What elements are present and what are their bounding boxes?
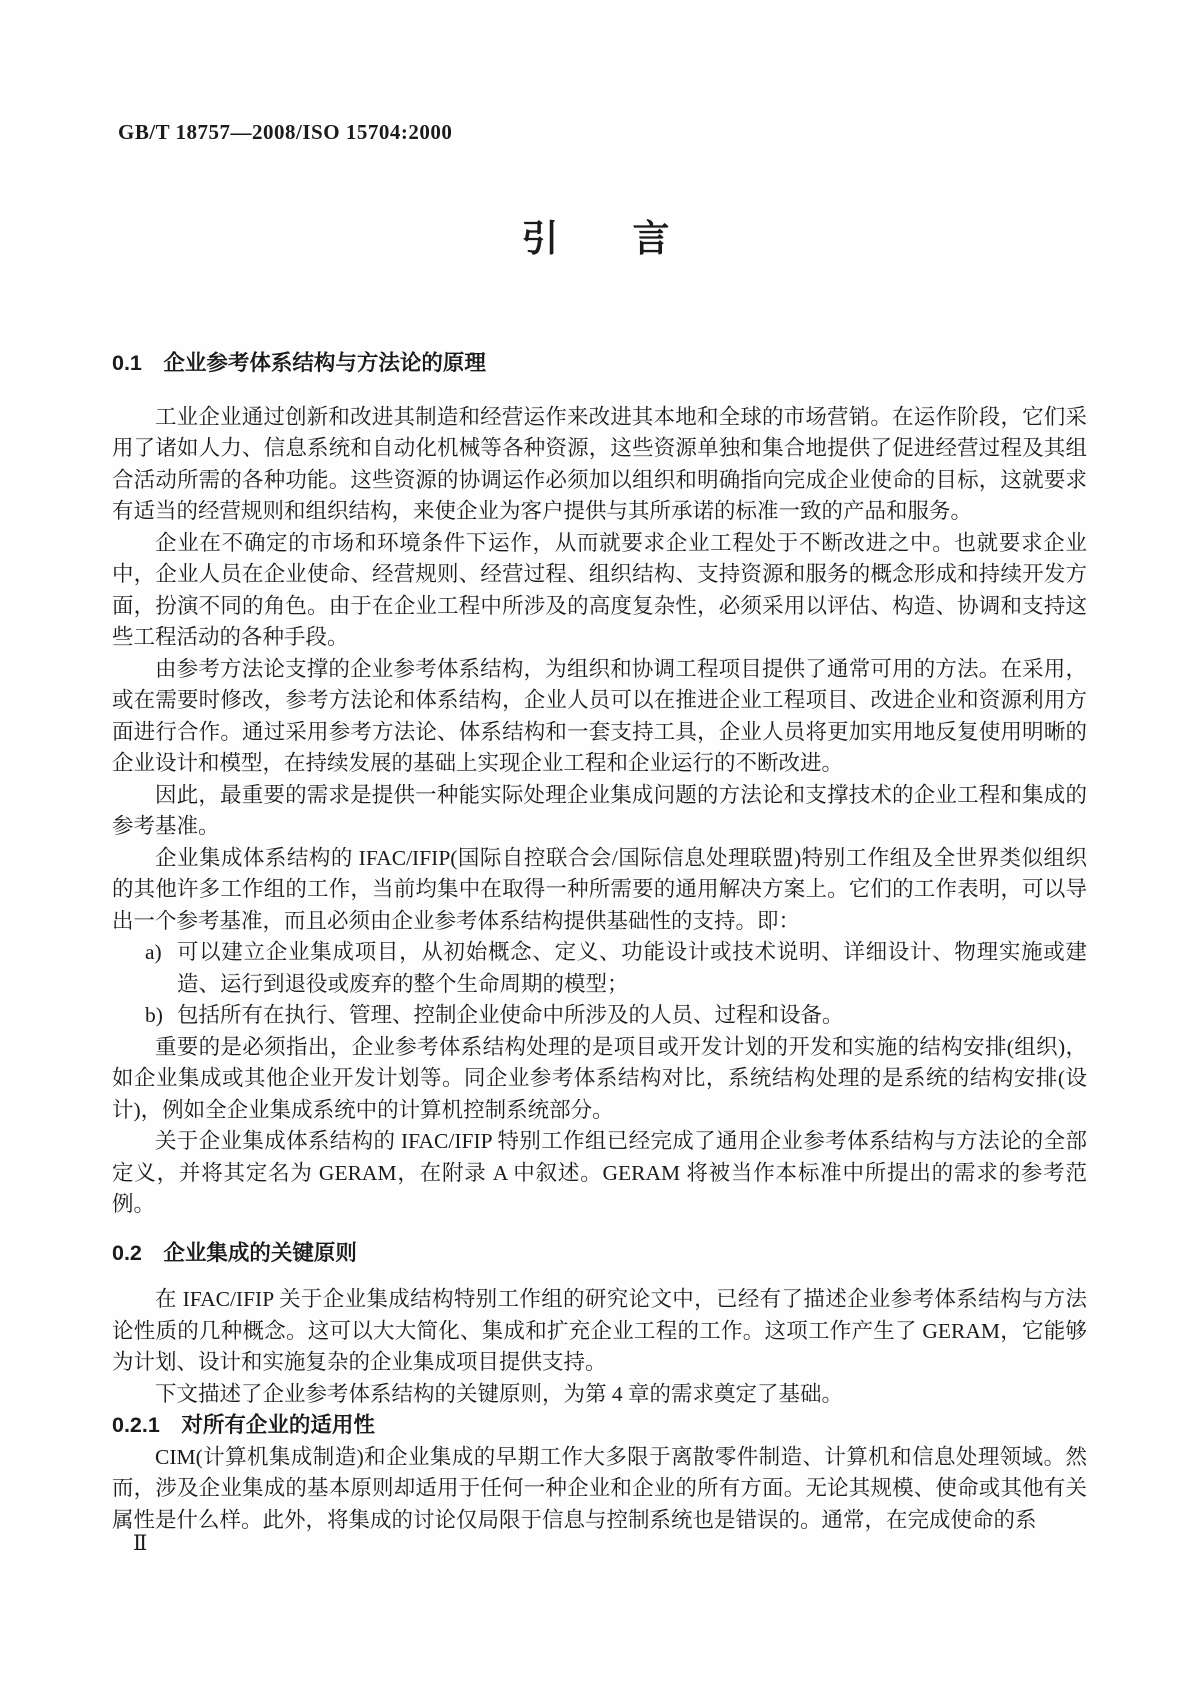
list-item-a-text: 可以建立企业集成项目，从初始概念、定义、功能设计或技术说明、详细设计、物理实施或… — [177, 937, 1087, 1000]
list-item-b: b) 包括所有在执行、管理、控制企业使命中所涉及的人员、过程和设备。 — [145, 1000, 1087, 1032]
paragraph-4: 因此，最重要的需求是提供一种能实际处理企业集成问题的方法论和支撑技术的企业工程和… — [112, 780, 1087, 843]
standard-code: GB/T 18757—2008/ISO 15704:2000 — [118, 120, 452, 145]
paragraph-3: 由参考方法论支撑的企业参考体系结构，为组织和协调工程项目提供了通常可用的方法。在… — [112, 654, 1087, 780]
paragraph-7: 关于企业集成体系结构的 IFAC/IFIP 特别工作组已经完成了通用企业参考体系… — [112, 1126, 1087, 1221]
page-number: Ⅱ — [133, 1528, 147, 1560]
section-heading-0-1: 0.1 企业参考体系结构与方法论的原理 — [112, 348, 1087, 380]
list-item-a-label: a) — [145, 937, 177, 1000]
list-item-b-text: 包括所有在执行、管理、控制企业使命中所涉及的人员、过程和设备。 — [177, 1000, 1087, 1032]
document-title: 引 言 — [0, 219, 1191, 259]
document-page: GB/T 18757—2008/ISO 15704:2000 引 言 0.1 企… — [0, 0, 1191, 1684]
section-heading-0-2: 0.2 企业集成的关键原则 — [112, 1238, 1087, 1270]
paragraph-5: 企业集成体系结构的 IFAC/IFIP(国际自控联合会/国际信息处理联盟)特别工… — [112, 843, 1087, 938]
list-item-b-label: b) — [145, 1000, 177, 1032]
paragraph-6: 重要的是必须指出，企业参考体系结构处理的是项目或开发计划的开发和实施的结构安排(… — [112, 1032, 1087, 1127]
paragraph-8: 在 IFAC/IFIP 关于企业集成结构特别工作组的研究论文中，已经有了描述企业… — [112, 1284, 1087, 1379]
section-heading-0-2-1: 0.2.1 对所有企业的适用性 — [112, 1410, 1087, 1442]
paragraph-1: 工业企业通过创新和改进其制造和经营运作来改进其本地和全球的市场营销。在运作阶段，… — [112, 402, 1087, 528]
paragraph-2: 企业在不确定的市场和环境条件下运作，从而就要求企业工程处于不断改进之中。也就要求… — [112, 528, 1087, 654]
paragraph-10: CIM(计算机集成制造)和企业集成的早期工作大多限于离散零件制造、计算机和信息处… — [112, 1442, 1087, 1537]
list-item-a: a) 可以建立企业集成项目，从初始概念、定义、功能设计或技术说明、详细设计、物理… — [145, 937, 1087, 1000]
document-body: 0.1 企业参考体系结构与方法论的原理 工业企业通过创新和改进其制造和经营运作来… — [112, 348, 1087, 1536]
paragraph-9: 下文描述了企业参考体系结构的关键原则，为第 4 章的需求奠定了基础。 — [112, 1379, 1087, 1411]
